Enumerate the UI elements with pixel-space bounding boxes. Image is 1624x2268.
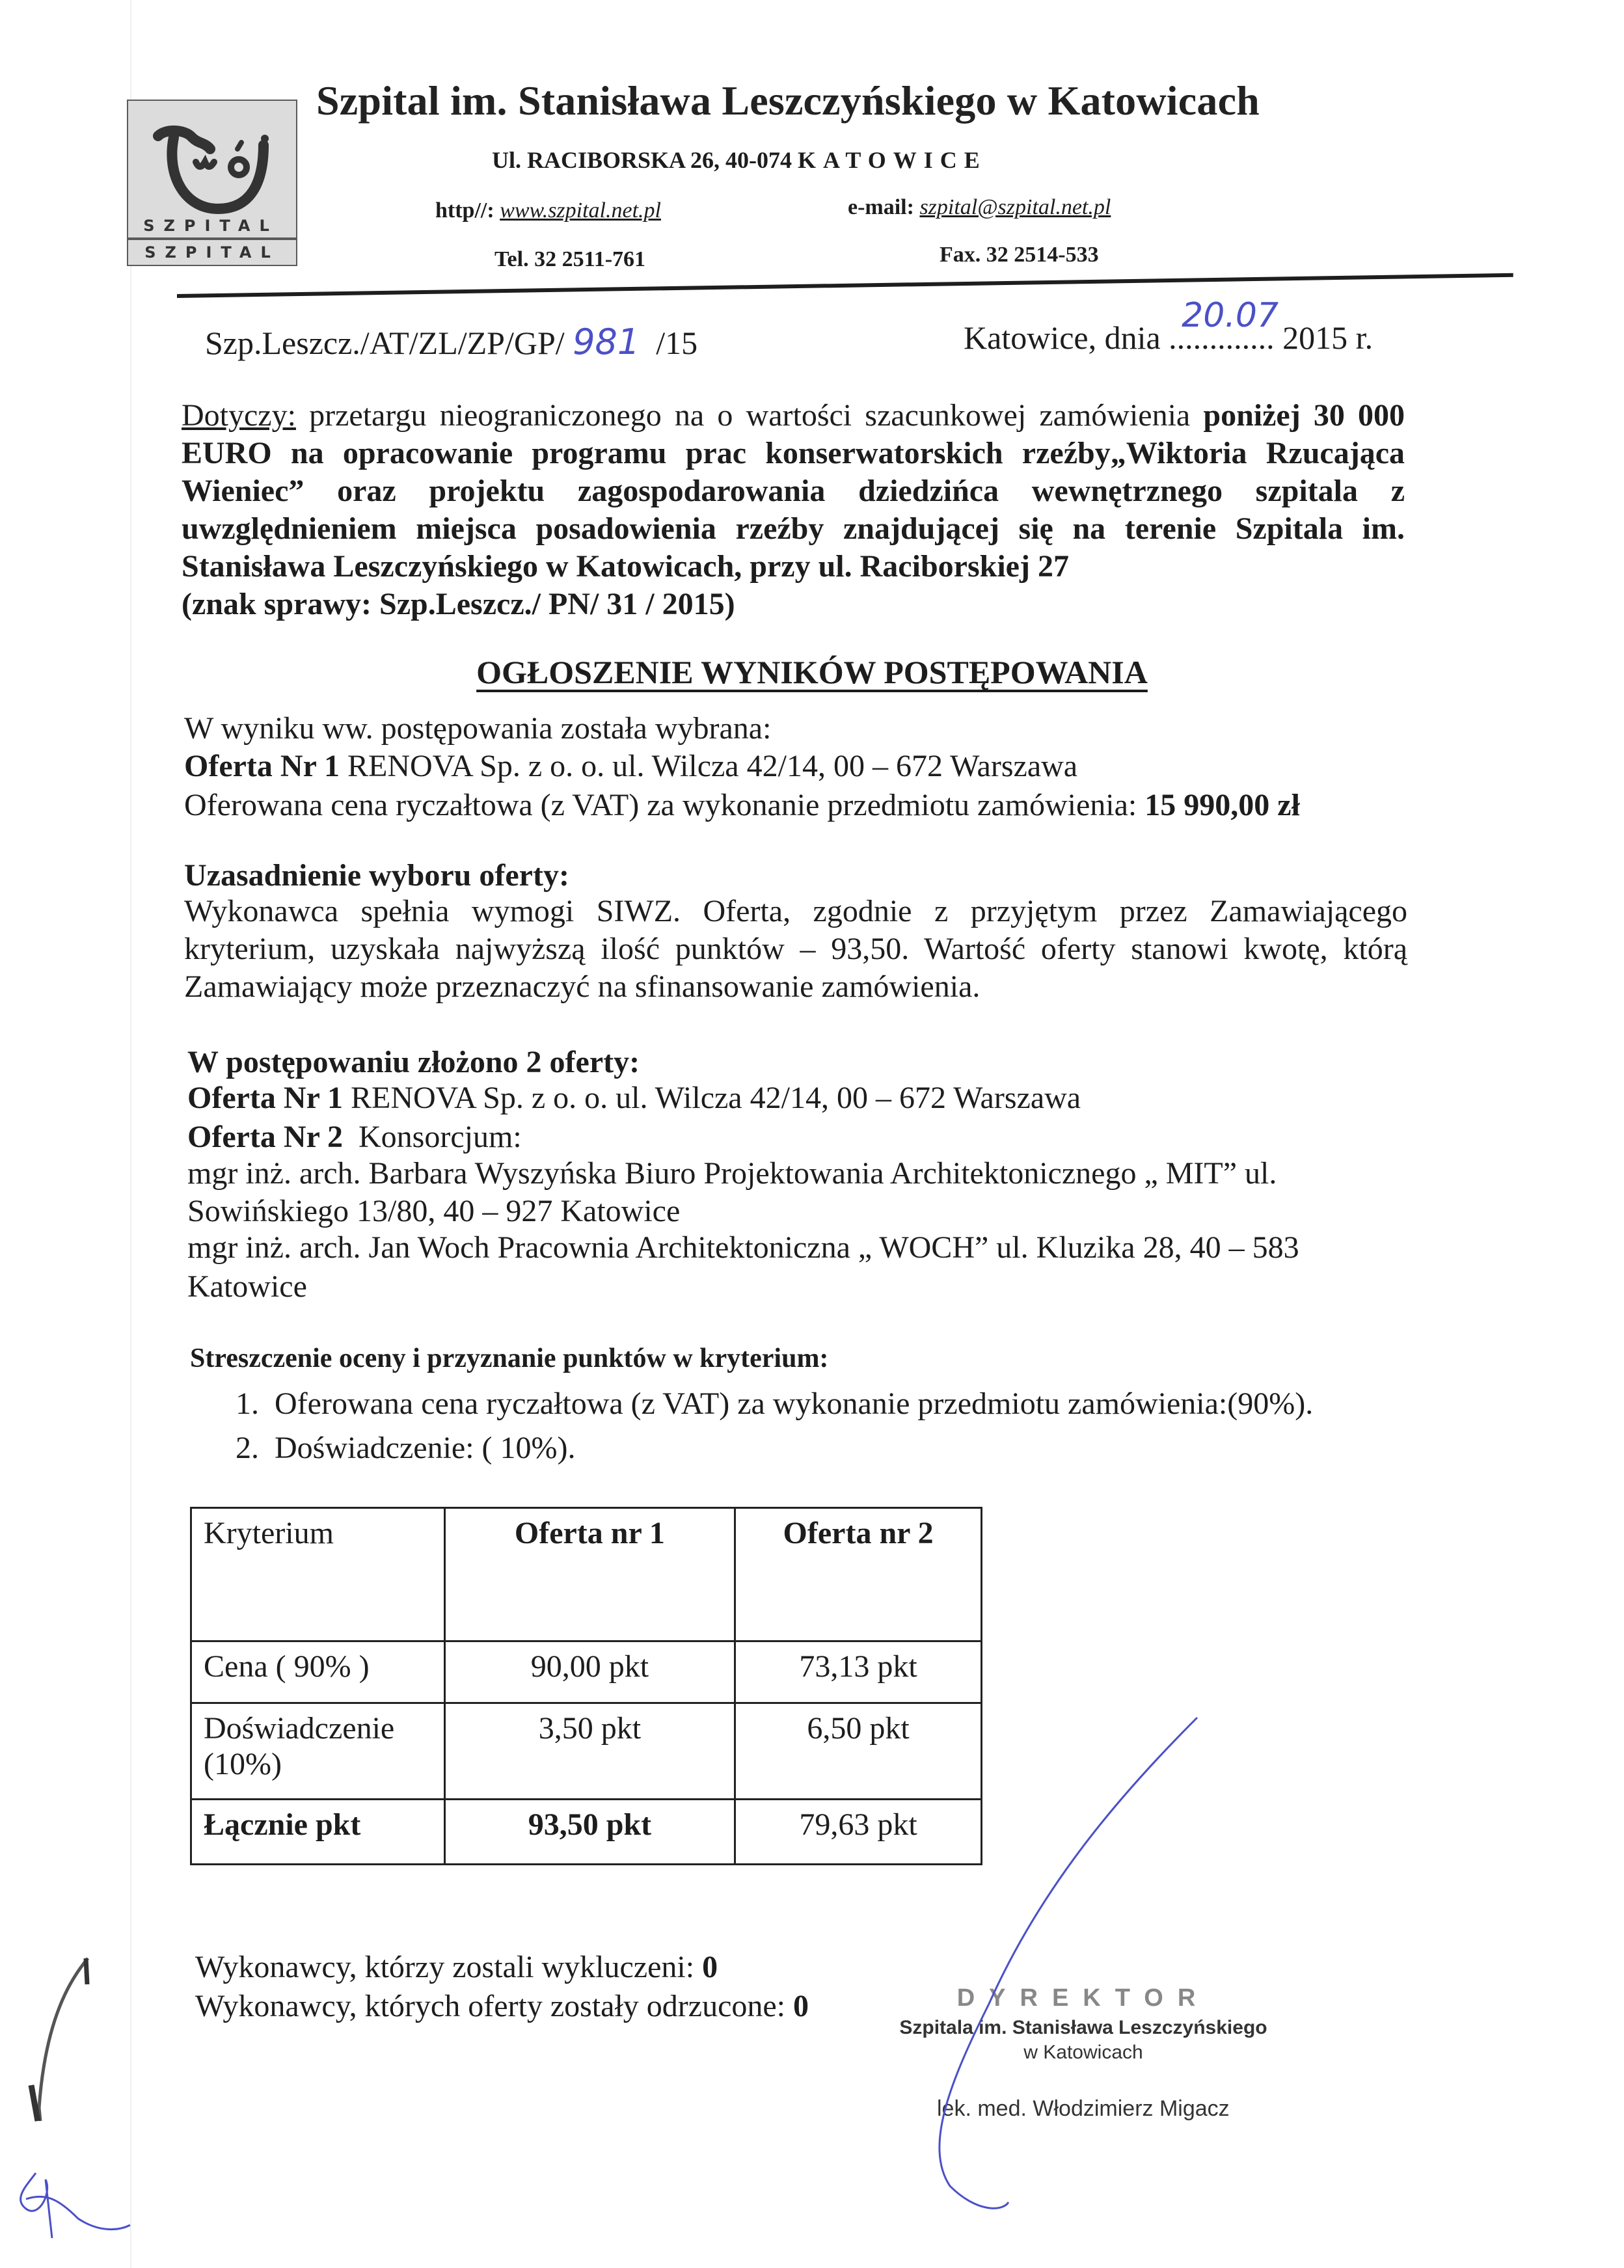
excluded-label: Wykonawcy, którzy zostali wykluczeni: <box>195 1950 702 1984</box>
row-offer-1: 3,50 pkt <box>444 1703 735 1800</box>
email-link[interactable]: szpital@szpital.net.pl <box>919 195 1111 219</box>
twoj-smile-icon <box>140 111 283 222</box>
excluded-contractors: Wykonawcy, którzy zostali wykluczeni: 0 <box>195 1949 718 1985</box>
consortium-line-4: Katowice <box>187 1269 307 1304</box>
reference-number: Szp.Leszcz./AT/ZL/ZP/GP/ 981 /15 <box>205 321 697 362</box>
subject-line-6: (znak sprawy: Szp.Leszcz./ PN/ 31 / 2015… <box>182 586 1405 623</box>
rejected-label: Wykonawcy, których oferty zostały odrzuc… <box>195 1989 793 2023</box>
total-offer-1: 93,50 pkt <box>444 1800 735 1865</box>
letterhead-divider <box>177 273 1513 298</box>
date-year: 2015 r. <box>1282 319 1373 356</box>
table-header-row: Kryterium Oferta nr 1 Oferta nr 2 <box>191 1508 982 1641</box>
telephone: Tel. 32 2511-761 <box>494 247 645 272</box>
director-name: lek. med. Włodzimierz Migacz <box>937 2096 1230 2122</box>
justification-line-2: kryterium, uzyskała najwyższą ilość punk… <box>184 930 1407 968</box>
date-field: ............. 20.07 <box>1169 319 1282 356</box>
http-label: http//: <box>435 198 494 223</box>
offers-title: W postępowaniu złożono 2 oferty: <box>187 1044 640 1080</box>
reference-suffix: /15 <box>656 325 697 361</box>
selected-offer-label: Oferta Nr 1 <box>184 749 340 783</box>
selected-price: Oferowana cena ryczałtowa (z VAT) za wyk… <box>184 787 1300 823</box>
scoring-table: Kryterium Oferta nr 1 Oferta nr 2 Cena (… <box>190 1507 982 1865</box>
row-label: Cena ( 90% ) <box>191 1641 445 1703</box>
header-offer-2: Oferta nr 2 <box>735 1508 982 1641</box>
selection-intro: W wyniku ww. postępowania została wybran… <box>184 710 771 746</box>
logo-band-top: SZPITAL <box>127 217 295 235</box>
subject-line-4: uwzględnieniem miejsca posadowienia rzeź… <box>182 510 1405 548</box>
criteria-item-2-text: Doświadczenie: ( 10%). <box>275 1431 576 1465</box>
initials-signature-icon <box>21 2173 130 2238</box>
subject-bold: poniżej 30 000 <box>1203 398 1405 433</box>
row-offer-2: 73,13 pkt <box>735 1641 982 1703</box>
total-label: Łącznie pkt <box>191 1800 445 1865</box>
table-row: Doświadczenie(10%) 3,50 pkt 6,50 pkt <box>191 1703 982 1800</box>
offer-2-label: Oferta Nr 2 <box>187 1120 343 1154</box>
offer-1: Oferta Nr 1 RENOVA Sp. z o. o. ul. Wilcz… <box>187 1080 1081 1116</box>
website-line: http//: www.szpital.net.pl <box>435 198 661 223</box>
rejected-value: 0 <box>793 1989 809 2023</box>
header-criterion: Kryterium <box>191 1508 445 1641</box>
table-row: Cena ( 90% ) 90,00 pkt 73,13 pkt <box>191 1641 982 1703</box>
subject-label: Dotyczy: <box>182 398 296 433</box>
stamp-line-2: w Katowicach <box>898 2042 1269 2064</box>
subject-line-3: Wieniec” oraz projektu zagospodarowania … <box>182 472 1405 510</box>
excluded-value: 0 <box>702 1950 718 1984</box>
row-label: Doświadczenie(10%) <box>191 1703 445 1800</box>
heading-text: OGŁOSZENIE WYNIKÓW POSTĘPOWANIA <box>476 654 1148 690</box>
total-offer-2: 79,63 pkt <box>735 1800 982 1865</box>
justification-paragraph: Wykonawca spełnia wymogi SIWZ. Oferta, z… <box>184 893 1407 1006</box>
subject-line-2: EURO na opracowanie programu prac konser… <box>182 435 1405 472</box>
justification-line-3: Zamawiający może przeznaczyć na sfinanso… <box>184 968 1407 1006</box>
criteria-item-2-num: 2. <box>236 1431 259 1465</box>
offer-1-label: Oferta Nr 1 <box>187 1081 343 1115</box>
announcement-heading: OGŁOSZENIE WYNIKÓW POSTĘPOWANIA <box>0 653 1624 691</box>
row-offer-2: 6,50 pkt <box>735 1703 982 1800</box>
stamp-line-1: Szpitala im. Stanisława Leszczyńskiego <box>898 2017 1269 2039</box>
email-line: e-mail: szpital@szpital.net.pl <box>848 195 1111 220</box>
criteria-item-1: 1. Oferowana cena ryczałtowa (z VAT) za … <box>236 1386 1313 1422</box>
subject-text: przetargu nieograniczonego na o wartości… <box>296 398 1203 433</box>
price-value: 15 990,00 zł <box>1144 788 1300 822</box>
website-link[interactable]: www.szpital.net.pl <box>500 198 661 223</box>
rejected-contractors: Wykonawcy, których oferty zostały odrzuc… <box>195 1988 809 2024</box>
consortium-line-3: mgr inż. arch. Jan Woch Pracownia Archit… <box>187 1230 1299 1265</box>
hospital-logo: SZPITAL SZPITAL <box>127 100 296 283</box>
price-label: Oferowana cena ryczałtowa (z VAT) za wyk… <box>184 788 1144 822</box>
consortium-line-2: Sowińskiego 13/80, 40 – 927 Katowice <box>187 1193 680 1229</box>
handwritten-date: 20.07 <box>1182 296 1279 335</box>
fax: Fax. 32 2514-533 <box>940 243 1099 267</box>
address-street: Ul. RACIBORSKA 26, 40-074 <box>492 147 792 173</box>
criteria-item-1-num: 1. <box>236 1386 259 1421</box>
place-label: Katowice, dnia <box>964 319 1161 356</box>
logo-band-bottom: SZPITAL <box>127 239 297 266</box>
hospital-address: Ul. RACIBORSKA 26, 40-074 KATOWICE <box>492 146 987 174</box>
row-label-line-1: Doświadczenie <box>204 1711 394 1746</box>
selected-offer: Oferta Nr 1 RENOVA Sp. z o. o. ul. Wilcz… <box>184 748 1077 784</box>
offer-1-text: RENOVA Sp. z o. o. ul. Wilcza 42/14, 00 … <box>343 1081 1081 1115</box>
justification-line-1: Wykonawca spełnia wymogi SIWZ. Oferta, z… <box>184 893 1407 930</box>
criteria-item-2: 2. Doświadczenie: ( 10%). <box>236 1430 576 1466</box>
margin-bracket-icon <box>39 1958 88 2121</box>
row-label-line-2: (10%) <box>204 1747 282 1781</box>
stamp-role: DYREKTOR <box>898 1984 1269 2012</box>
row-offer-1: 90,00 pkt <box>444 1641 735 1703</box>
subject-line-1: Dotyczy: przetargu nieograniczonego na o… <box>182 397 1405 435</box>
header-offer-1: Oferta nr 1 <box>444 1508 735 1641</box>
reference-prefix: Szp.Leszcz./AT/ZL/ZP/GP/ <box>205 325 565 361</box>
handwritten-number: 981 <box>573 321 640 362</box>
justification-title: Uzasadnienie wyboru oferty: <box>184 857 569 893</box>
consortium-line-1: mgr inż. arch. Barbara Wyszyńska Biuro P… <box>187 1155 1277 1191</box>
selected-offer-text: RENOVA Sp. z o. o. ul. Wilcza 42/14, 00 … <box>340 749 1077 783</box>
address-city: KATOWICE <box>798 147 987 173</box>
subject-paragraph: Dotyczy: przetargu nieograniczonego na o… <box>182 397 1405 623</box>
subject-line-5: Stanisława Leszczyńskiego w Katowicach, … <box>182 548 1405 586</box>
offer-2: Oferta Nr 2 Konsorcjum: <box>187 1119 522 1155</box>
criteria-title: Streszczenie oceny i przyznanie punktów … <box>190 1343 828 1374</box>
offer-2-text: Konsorcjum: <box>343 1120 522 1154</box>
email-label: e-mail: <box>848 195 914 219</box>
table-total-row: Łącznie pkt 93,50 pkt 79,63 pkt <box>191 1800 982 1865</box>
scan-edge-line <box>130 0 131 2268</box>
place-date: Katowice, dnia ............. 20.07 2015 … <box>964 319 1373 357</box>
hospital-title: Szpital im. Stanisława Leszczyńskiego w … <box>316 77 1260 125</box>
criteria-item-1-text: Oferowana cena ryczałtowa (z VAT) za wyk… <box>275 1386 1313 1421</box>
